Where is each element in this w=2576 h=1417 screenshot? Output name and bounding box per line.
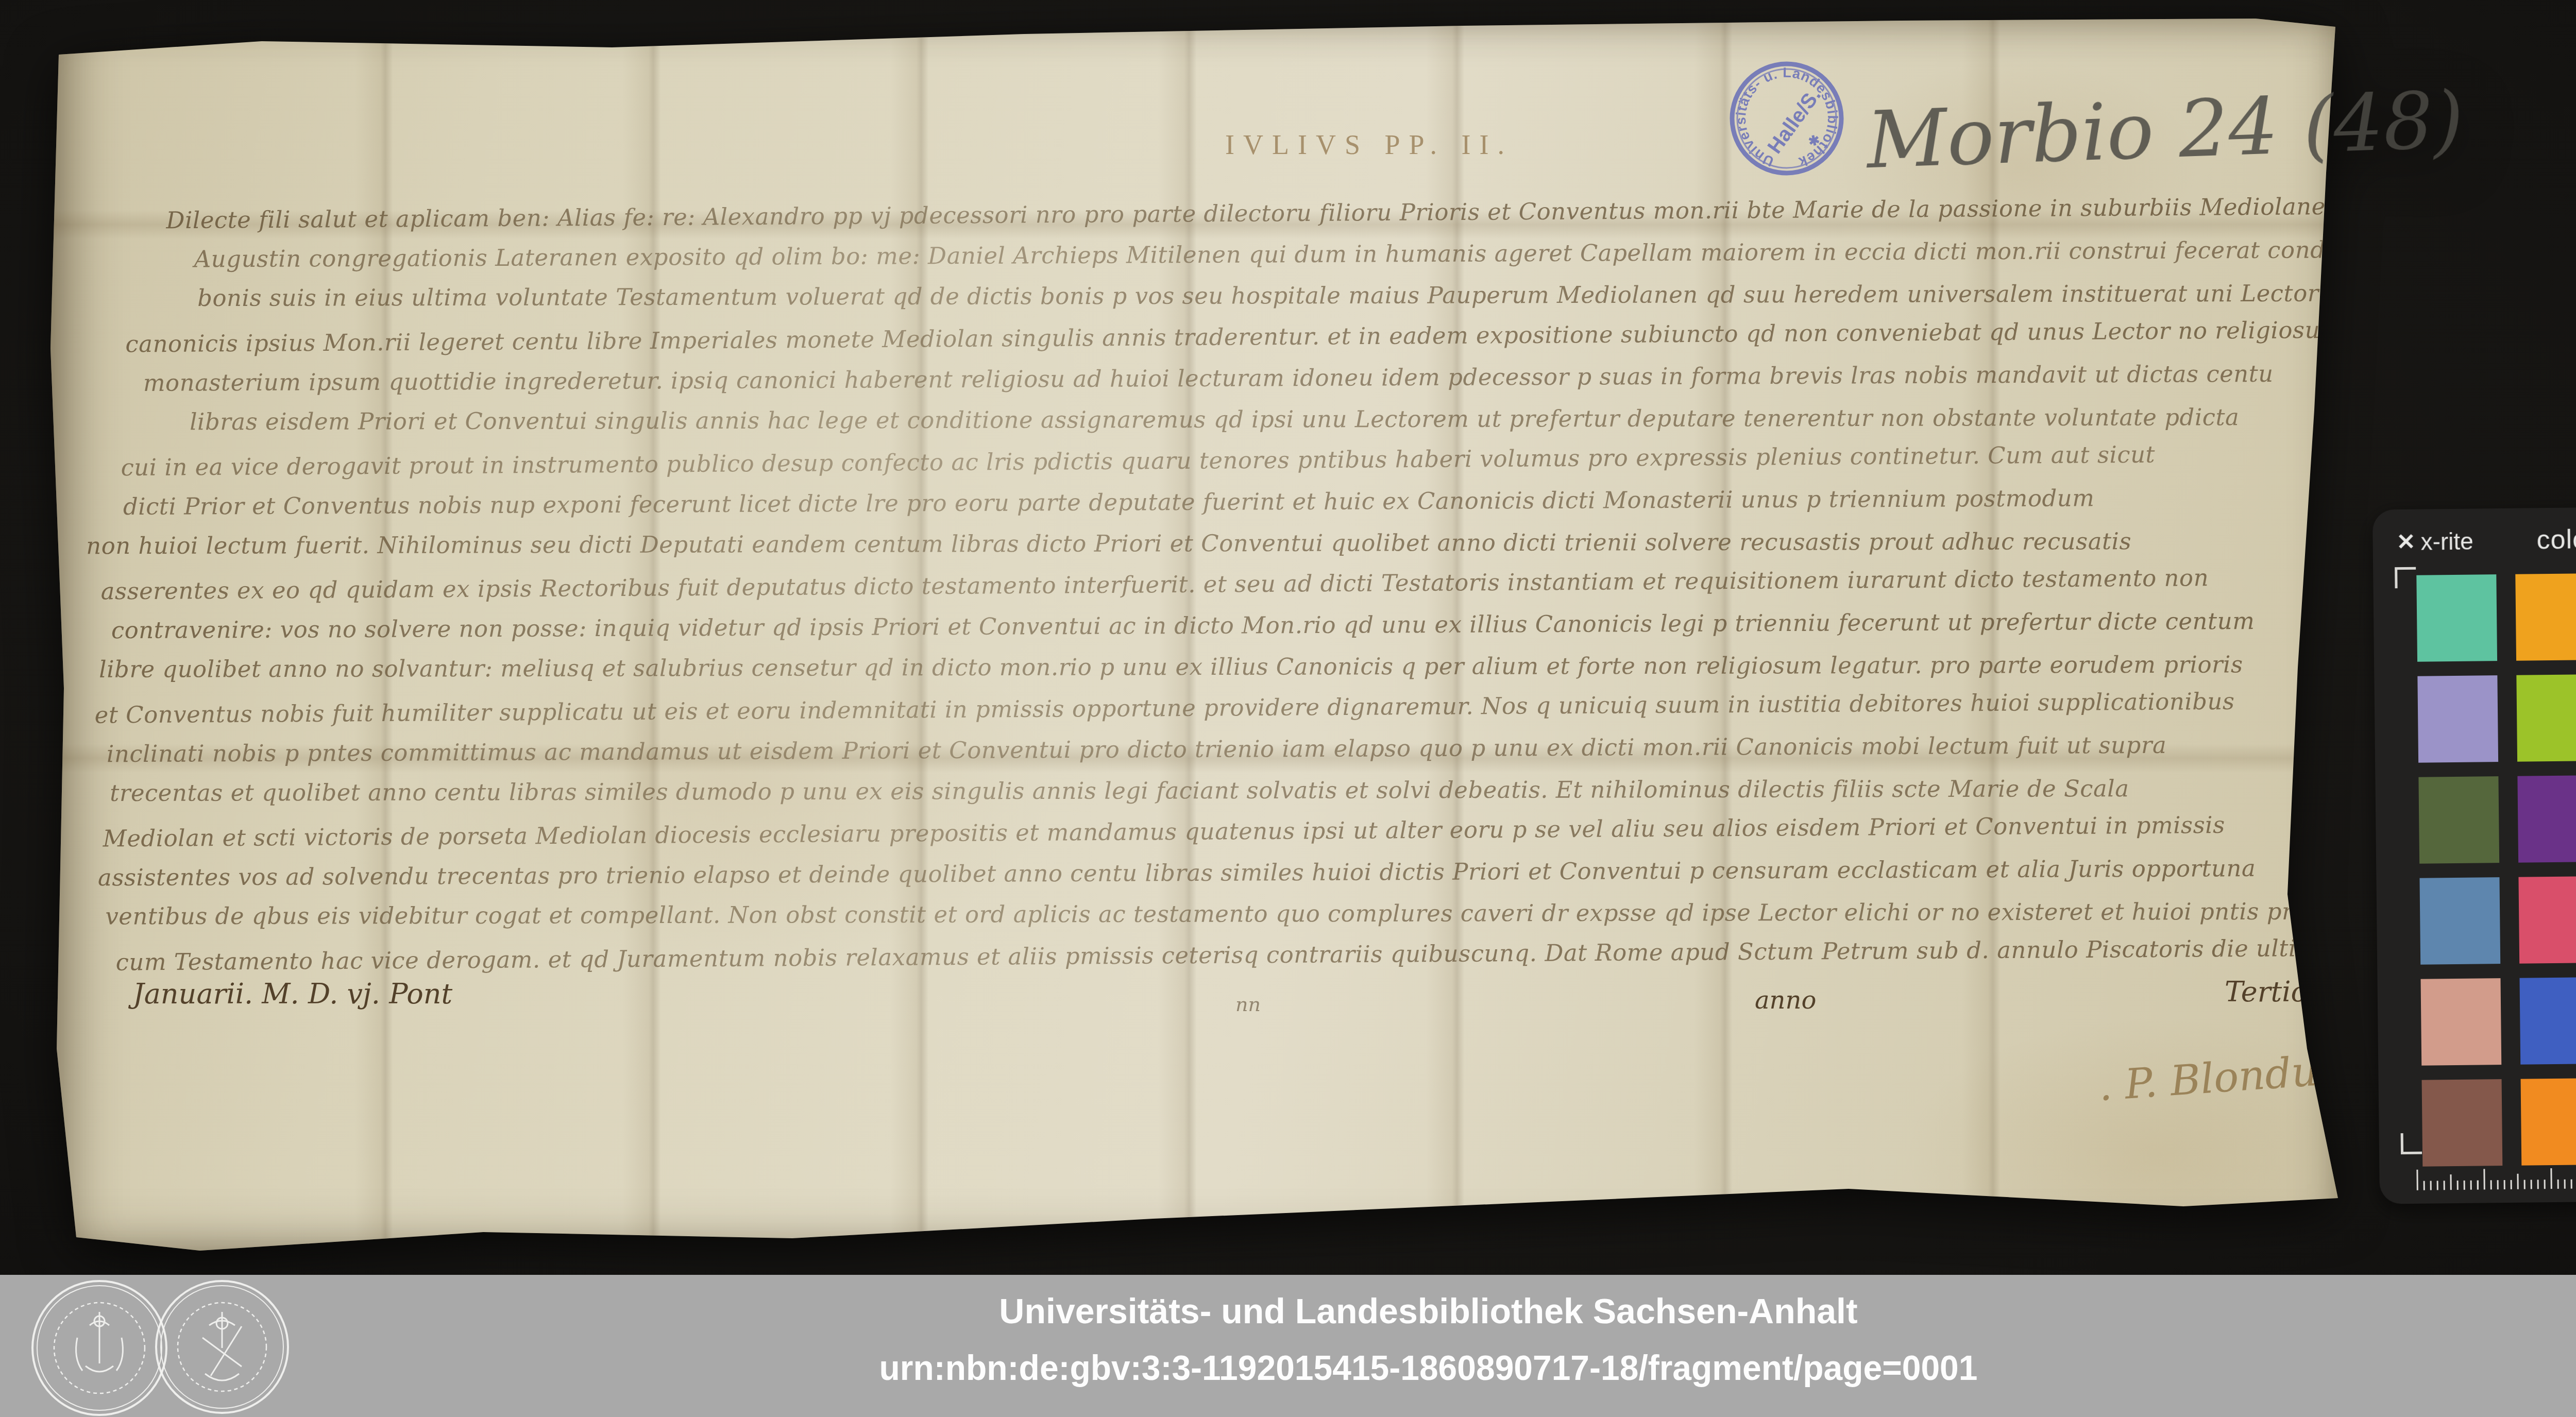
color-patch (2421, 978, 2502, 1066)
ruler-tick (2470, 1181, 2472, 1190)
ruler-tick (2524, 1180, 2526, 1189)
manuscript-line: Mediolan et scti victoris de porseta Med… (103, 811, 2225, 852)
manuscript-tertio: Tertio ~ (2225, 976, 2336, 1008)
manuscript-line: inclinati nobis p pntes committimus ac m… (107, 731, 2166, 767)
ruler-tick (2437, 1181, 2438, 1190)
urn-identifier: urn:nbn:de:gbv:3:3-1192015415-1860890717… (43, 1348, 2576, 1388)
color-patch (2419, 877, 2500, 965)
color-patch (2520, 977, 2576, 1065)
manuscript-line: cui in ea vice derogavit prout in instru… (121, 441, 2155, 481)
ruler-tick (2557, 1180, 2559, 1189)
manuscript-line: libras eisdem Priori et Conventui singul… (190, 403, 2239, 435)
registration-bracket (2401, 1133, 2422, 1154)
xrite-x-icon: ✕ (2396, 528, 2415, 555)
library-stamp: Universitäts- u. Landesbibliothek ✱ Hall… (1715, 47, 1858, 190)
ruler-tick (2537, 1180, 2539, 1189)
manuscript-line: Dilecte fili salut et aplicam ben: Alias… (166, 192, 2415, 234)
manuscript-anno: anno (1755, 986, 1816, 1015)
colorchecker-card: ✕ x-rite colorchecker CLASSIC mm (2372, 505, 2576, 1204)
ruler-tick (2444, 1181, 2445, 1190)
ruler-tick (2464, 1181, 2465, 1190)
ruler-tick (2483, 1169, 2485, 1189)
color-patch (2521, 1078, 2576, 1166)
ruler-tick (2430, 1181, 2432, 1190)
ruler-tick (2550, 1168, 2552, 1189)
color-patch (2515, 573, 2576, 661)
ruler-tick (2564, 1180, 2566, 1189)
color-patch (2417, 675, 2498, 763)
manuscript-document: IVLIVS PP. II. Dilecte fili salut et apl… (45, 19, 2341, 1254)
manuscript-line: trecentas et quolibet anno centu libras … (110, 775, 2129, 807)
ruler-tick (2477, 1181, 2479, 1190)
ruler-tick (2497, 1180, 2499, 1189)
institution-name: Universitäts- und Landesbibliothek Sachs… (0, 1291, 2576, 1331)
manuscript-correction-mark: nn (1235, 993, 1261, 1016)
xrite-logo: ✕ x-rite (2396, 527, 2473, 556)
ruler-tick (2457, 1181, 2459, 1190)
colorchecker-wordmark: colorchecker (2536, 523, 2576, 555)
ruler-tick (2504, 1180, 2505, 1189)
registration-bracket (2395, 567, 2416, 588)
color-patch (2422, 1079, 2503, 1167)
manuscript-line: bonis suis in eius ultima voluntate Test… (197, 280, 2327, 312)
metadata-footer-bar: Universitäts- und Landesbibliothek Sachs… (0, 1275, 2576, 1417)
wordmark-color: color (2536, 524, 2576, 555)
color-patch (2418, 776, 2499, 864)
manuscript-line: libre quolibet anno no solvantur: melius… (99, 651, 2243, 682)
manuscript-line: et Conventus nobis fuit humiliter suppli… (94, 688, 2234, 729)
manuscript-line: non huioi lectum fuerit. Nihilominus seu… (86, 527, 2131, 559)
manuscript-line: dicti Prior et Conventus nobis nup expon… (123, 484, 2095, 520)
parchment-sheet: IVLIVS PP. II. Dilecte fili salut et apl… (45, 19, 2341, 1254)
manuscript-line: ventibus de qbus eis videbitur cogat et … (105, 897, 2415, 930)
ruler-tick (2517, 1174, 2518, 1189)
ruler-tick (2450, 1174, 2451, 1190)
ruler-tick (2490, 1180, 2492, 1189)
ruler-tick (2424, 1181, 2425, 1190)
manuscript-line: Augustin congregationis Lateranen exposi… (194, 236, 2403, 273)
manuscript-line: assistentes vos ad solvendu trecentas pr… (98, 855, 2256, 891)
stamp-star: ✱ (1807, 132, 1821, 149)
xrite-brand-text: x-rite (2420, 527, 2473, 556)
manuscript-text-block: Dilecte fili salut et aplicam ben: Alias… (43, 13, 2343, 1258)
manuscript-line: monasterium ipsum quottidie ingrederetur… (143, 360, 2274, 397)
mm-ruler: mm (2416, 1163, 2576, 1190)
color-patch (2516, 674, 2576, 762)
color-patch (2518, 876, 2576, 964)
color-patch (2416, 574, 2497, 662)
ruler-tick (2571, 1180, 2572, 1189)
ruler-tick (2511, 1180, 2512, 1189)
manuscript-line: asserentes ex eo qd quidam ex ipsis Rect… (100, 564, 2209, 605)
manuscript-line: canonicis ipsius Mon.rii legeret centu l… (125, 316, 2332, 358)
ruler-tick (2544, 1180, 2546, 1189)
ruler-tick (2531, 1180, 2532, 1189)
color-patch (2517, 775, 2576, 863)
manuscript-line: cum Testamento hac vice derogam. et qd J… (116, 934, 2333, 976)
ruler-tick (2416, 1170, 2418, 1190)
manuscript-line: contravenire: vos no solvere non posse: … (111, 607, 2255, 644)
manuscript-dateline: Januarii. M. D. vj. Pont (133, 978, 452, 1010)
